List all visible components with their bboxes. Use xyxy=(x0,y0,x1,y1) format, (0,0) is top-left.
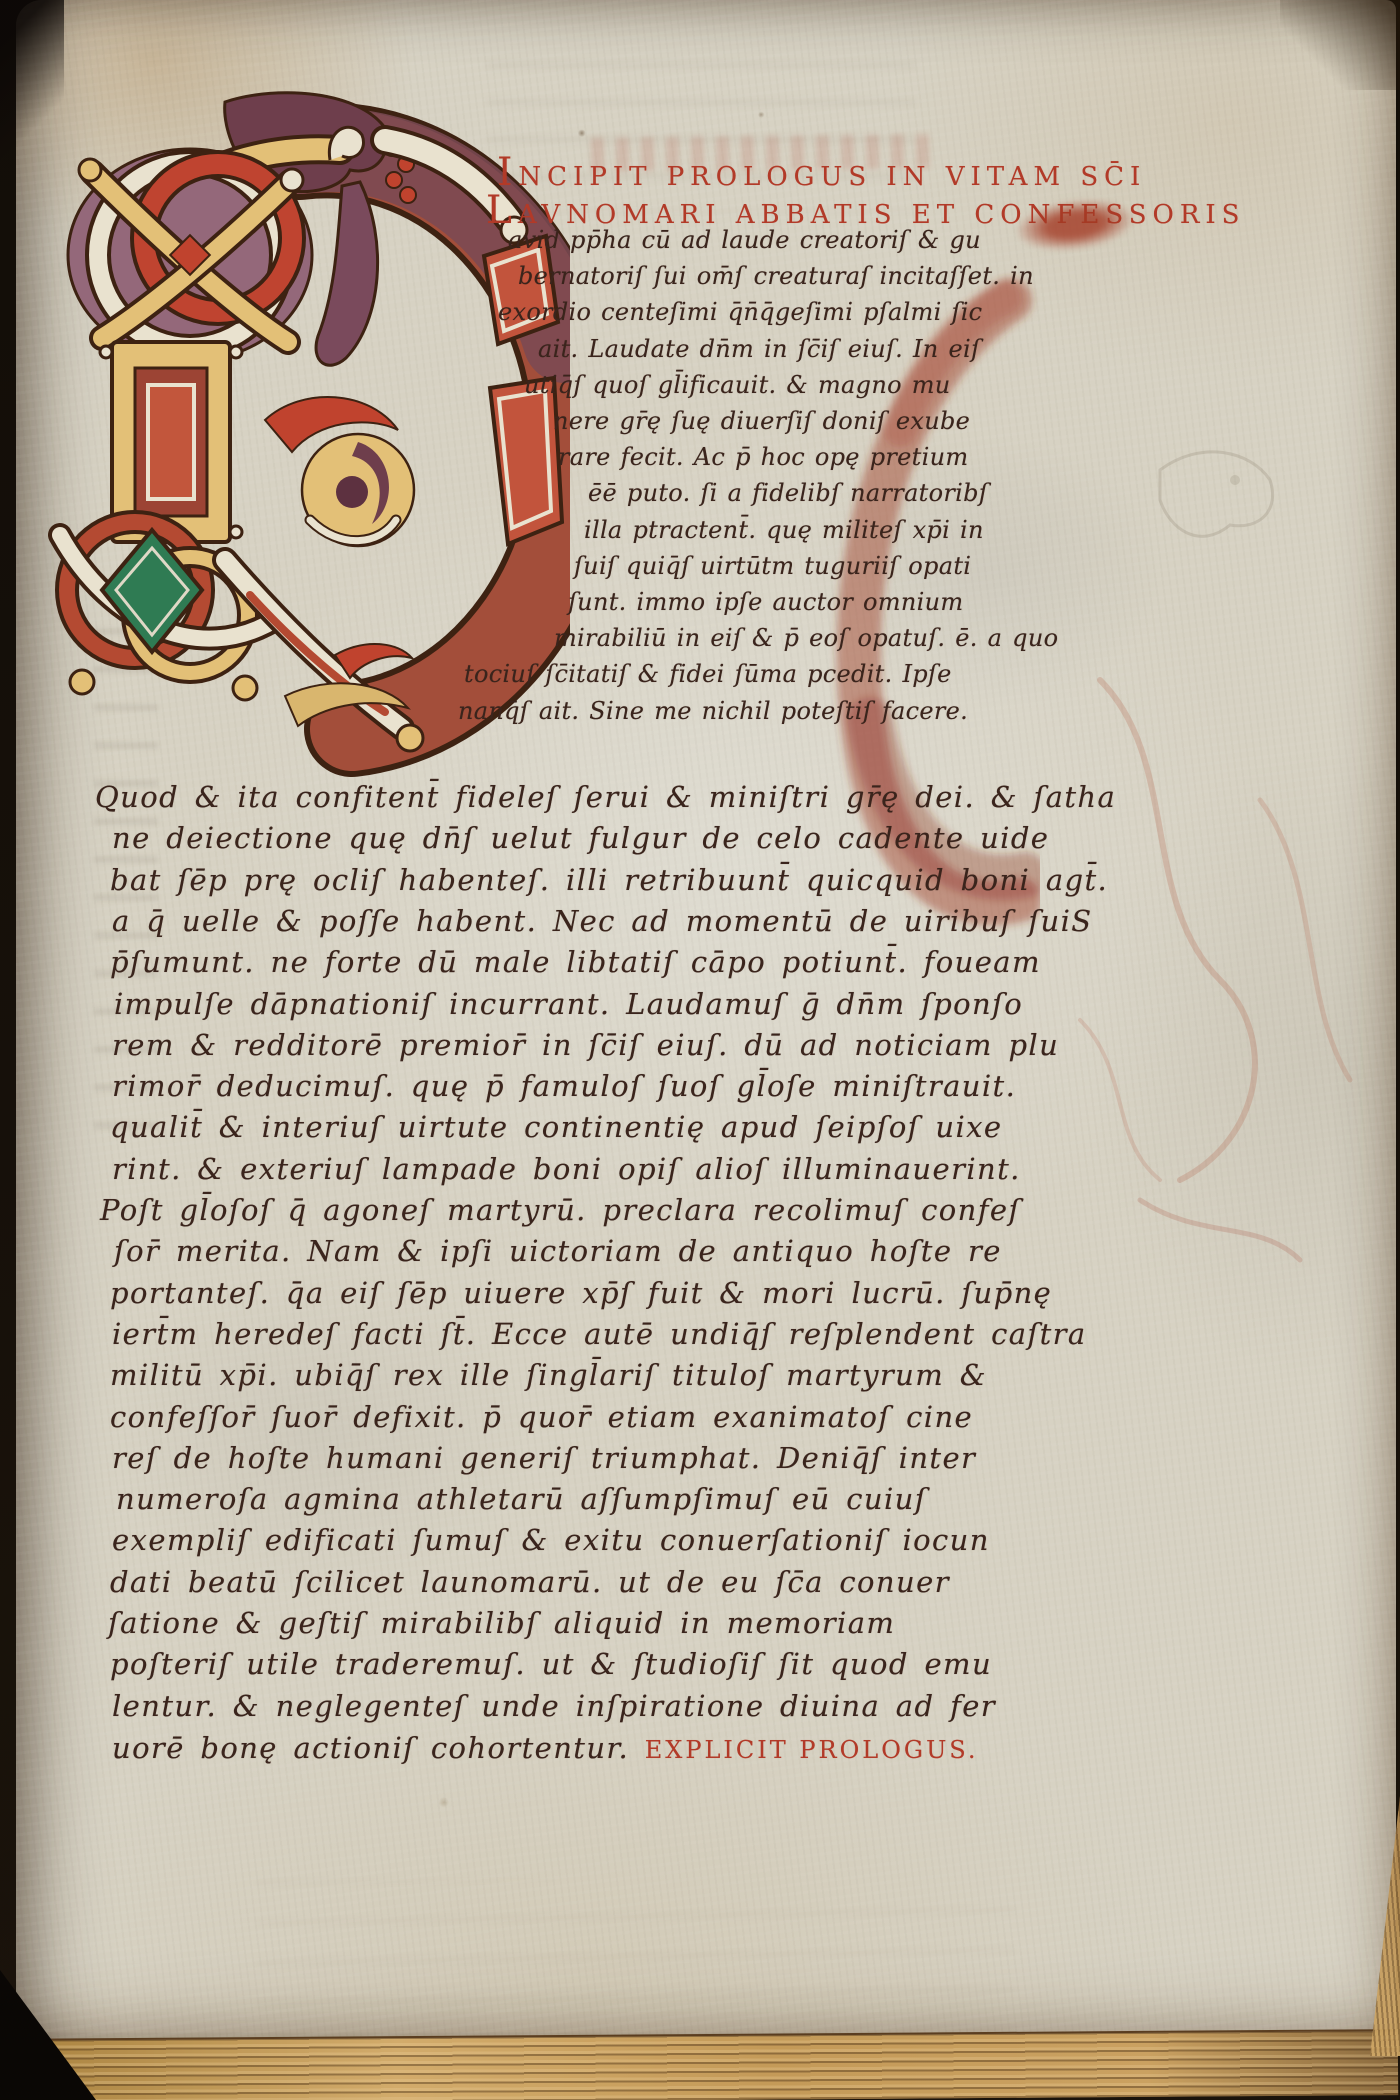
text-line: Quod & ita confitent̄ fideleſ ſerui & mi… xyxy=(95,780,1116,814)
show-through-text-bottom xyxy=(256,1880,1016,2050)
text-line: mirabiliū in eiſ & p̄ eoſ opatuſ. ē. a q… xyxy=(554,624,1058,652)
text-line: militū xp̄i. ubiq̄ſ rex ille ſingl̄ariſ … xyxy=(110,1358,987,1392)
explicit-rubric: EXPLICIT PROLOGUS. xyxy=(645,1736,979,1764)
text-line: ſor̄ merita. Nam & ipſi uictoriam de ant… xyxy=(114,1234,1002,1268)
text-line: exempliſ edificati ſumuſ & exitu conuerſ… xyxy=(112,1523,990,1557)
binding-shadow-top-left xyxy=(0,0,64,170)
text-line: rare fecit. Ac p̄ hoc opę pretium xyxy=(558,443,968,471)
text-line: ſatione & geſtiſ mirabilibſ aliquid in m… xyxy=(108,1606,895,1640)
text-line: portanteſ. q̄a eiſ ſēp uiuere xp̄ſ fuit … xyxy=(110,1276,1052,1310)
text-line: numeroſa agmina athletarū aſſumpſimuſ eū… xyxy=(116,1482,927,1516)
text-line: rimor̄ deducimuſ. quę p̄ famuloſ ſuoſ gl… xyxy=(112,1069,1016,1103)
text-line-final: uorē bonę actioniſ cohortentur. EXPLICIT… xyxy=(112,1731,979,1765)
text-line: poſteriſ utile traderemuſ. ut & ſtudioſi… xyxy=(110,1647,992,1681)
text-line: ne deiectione quę dn̄ſ uelut fulgur de c… xyxy=(112,821,1049,855)
text-line: confeſſor̄ ſuor̄ defixit. p̄ quor̄ etiam… xyxy=(110,1400,973,1434)
text-line: iert̄m heredeſ facti ſt̄. Ecce autē undi… xyxy=(112,1317,1087,1351)
text-line: Poſt gl̄oſoſ q̄ agoneſ martyrū. preclara… xyxy=(100,1193,1021,1227)
text-line: a q̄ uelle & poſſe habent. Nec ad moment… xyxy=(112,904,1093,938)
corner-shadow-top-right xyxy=(1280,0,1400,90)
text-line: ſuiſ quiq̄ſ uirtūtm tuguriiſ opati xyxy=(574,552,971,580)
text-line: rint. & exteriuſ lampade boni opiſ alioſ… xyxy=(112,1152,1021,1186)
text-line: ait. Laudate dn̄m in ſc̄iſ eiuſ. In eiſ xyxy=(538,335,980,363)
text-line: nanq̄ſ ait. Sine me nichil poteſtiſ face… xyxy=(458,697,968,725)
text-line: bernatoriſ ſui om̄ſ creaturaſ incitaſſet… xyxy=(518,262,1034,290)
text-line: illa ptractent̄. quę militeſ xp̄i in xyxy=(584,516,984,544)
text-line: p̄ſumunt. ne forte dū male libtatiſ cāpo… xyxy=(110,945,1041,979)
text-line: bat ſēp prę ocliſ habenteſ. illi retribu… xyxy=(110,863,1108,897)
final-line-ink: uorē bonę actioniſ cohortentur. xyxy=(112,1731,645,1765)
text-line: avid pp̄ha cū ad laude creatoriſ & gu xyxy=(508,226,981,254)
text-line: reſ de hoſte humani generiſ triumphat. D… xyxy=(112,1441,976,1475)
margin-flourishes xyxy=(1020,380,1380,1330)
text-line: utiq̄ſ quoſ gl̄ificauit. & magno mu xyxy=(524,371,951,399)
text-line: ſunt. immo ipſe auctor omnium xyxy=(568,588,963,616)
text-line: nere gr̄ę ſuę diuerſiſ doniſ exube xyxy=(553,407,970,435)
manuscript-photo: INCIPIT PROLOGUS IN VITAM SC̄I LAVNOMARI… xyxy=(0,0,1400,2100)
text-line: impulſe dāpnationiſ incurrant. Laudamuſ … xyxy=(114,987,1023,1021)
text-line: qualit̄ & interiuſ uirtute continentię a… xyxy=(110,1110,1003,1144)
text-line: rem & redditorē premior̄ in ſc̄iſ eiuſ. … xyxy=(112,1028,1059,1062)
fore-edge-page-stack xyxy=(8,2029,1398,2100)
text-line: ēē puto. ſi a fidelibſ narratoribſ xyxy=(588,479,988,507)
text-line: exordio centeſimi q̄n̄q̄geſimi pſalmi ſi… xyxy=(498,298,982,326)
text-line: lentur. & neglegenteſ unde inſpiratione … xyxy=(112,1689,996,1723)
text-line: tociuſ ſc̄itatiſ & fidei ſūma pcedit. Ip… xyxy=(464,660,952,688)
text-line: dati beatū ſcilicet launomarū. ut de eu … xyxy=(110,1565,950,1599)
